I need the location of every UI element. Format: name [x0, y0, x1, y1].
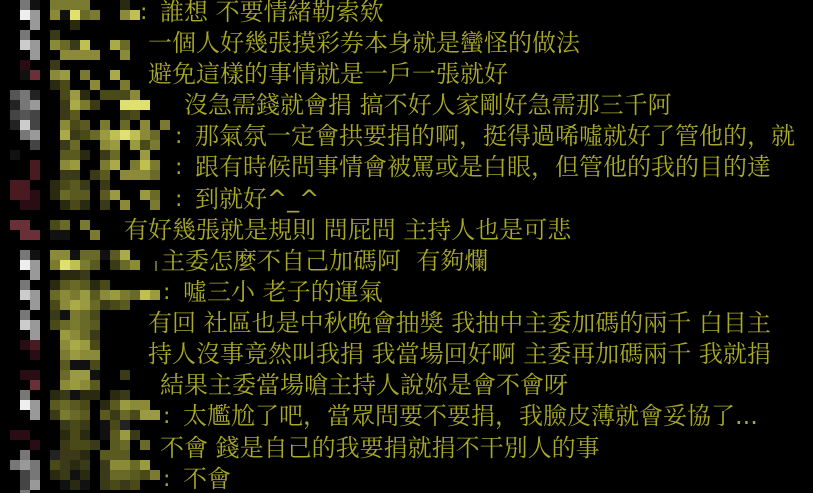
comment-separator: : [163, 277, 170, 308]
comment-text: 沒急需錢就會捐 搞不好人家剛好急需那三千阿 [184, 90, 672, 121]
comment-separator: : [175, 121, 182, 152]
comment-text: 跟有時候問事情會被罵或是白眼，但管他的我的目的達 [195, 152, 771, 183]
comment-separator: : [140, 0, 147, 28]
comment-separator: : [175, 184, 182, 215]
comment-list: : 誰想 不要情緒勒索欸 一個人好幾張摸彩券本身就是蠻怪的做法 避免這樣的事情就… [0, 0, 813, 493]
comment-text: 一個人好幾張摸彩券本身就是蠻怪的做法 [148, 28, 580, 59]
comment-text: 有回 社區也是中秋晚會抽獎 我抽中主委加碼的兩千 白目主 [148, 308, 771, 339]
chat-screen: : 誰想 不要情緒勒索欸 一個人好幾張摸彩券本身就是蠻怪的做法 避免這樣的事情就… [0, 0, 813, 493]
comment-separator: : [175, 152, 182, 183]
comment-text: 到就好^_^ [195, 184, 319, 215]
comment-text: 有好幾張就是規則 問屁問 主持人也是可悲 [124, 215, 571, 246]
comment-text: 誰想 不要情緒勒索欸 [160, 0, 384, 28]
comment-text: 不會 錢是自己的我要捐就捐不干別人的事 [160, 433, 600, 464]
comment-text: 太尷尬了吧，當眾問要不要捐，我臉皮薄就會妥協了... [183, 401, 758, 432]
comment-text: 結果主委當場嗆主持人說妳是會不會呀 [160, 370, 568, 401]
comment-text: 避免這樣的事情就是一戶一張就好 [148, 59, 508, 90]
comment-text: 那氣氛一定會拱要捐的啊，挺得過唏噓就好了管他的，就 [195, 121, 795, 152]
comment-text: 噓三小 老子的運氣 [183, 277, 383, 308]
comment-text: 持人沒事竟然叫我捐 我當場回好啊 主委再加碼兩千 我就捐 [148, 339, 771, 370]
comment-separator: : [163, 401, 170, 432]
comment-text: 主委怎麼不自己加碼阿 有夠爛 [161, 246, 488, 277]
comment-text: 不會 [183, 464, 231, 493]
comment-separator: : [163, 464, 170, 493]
